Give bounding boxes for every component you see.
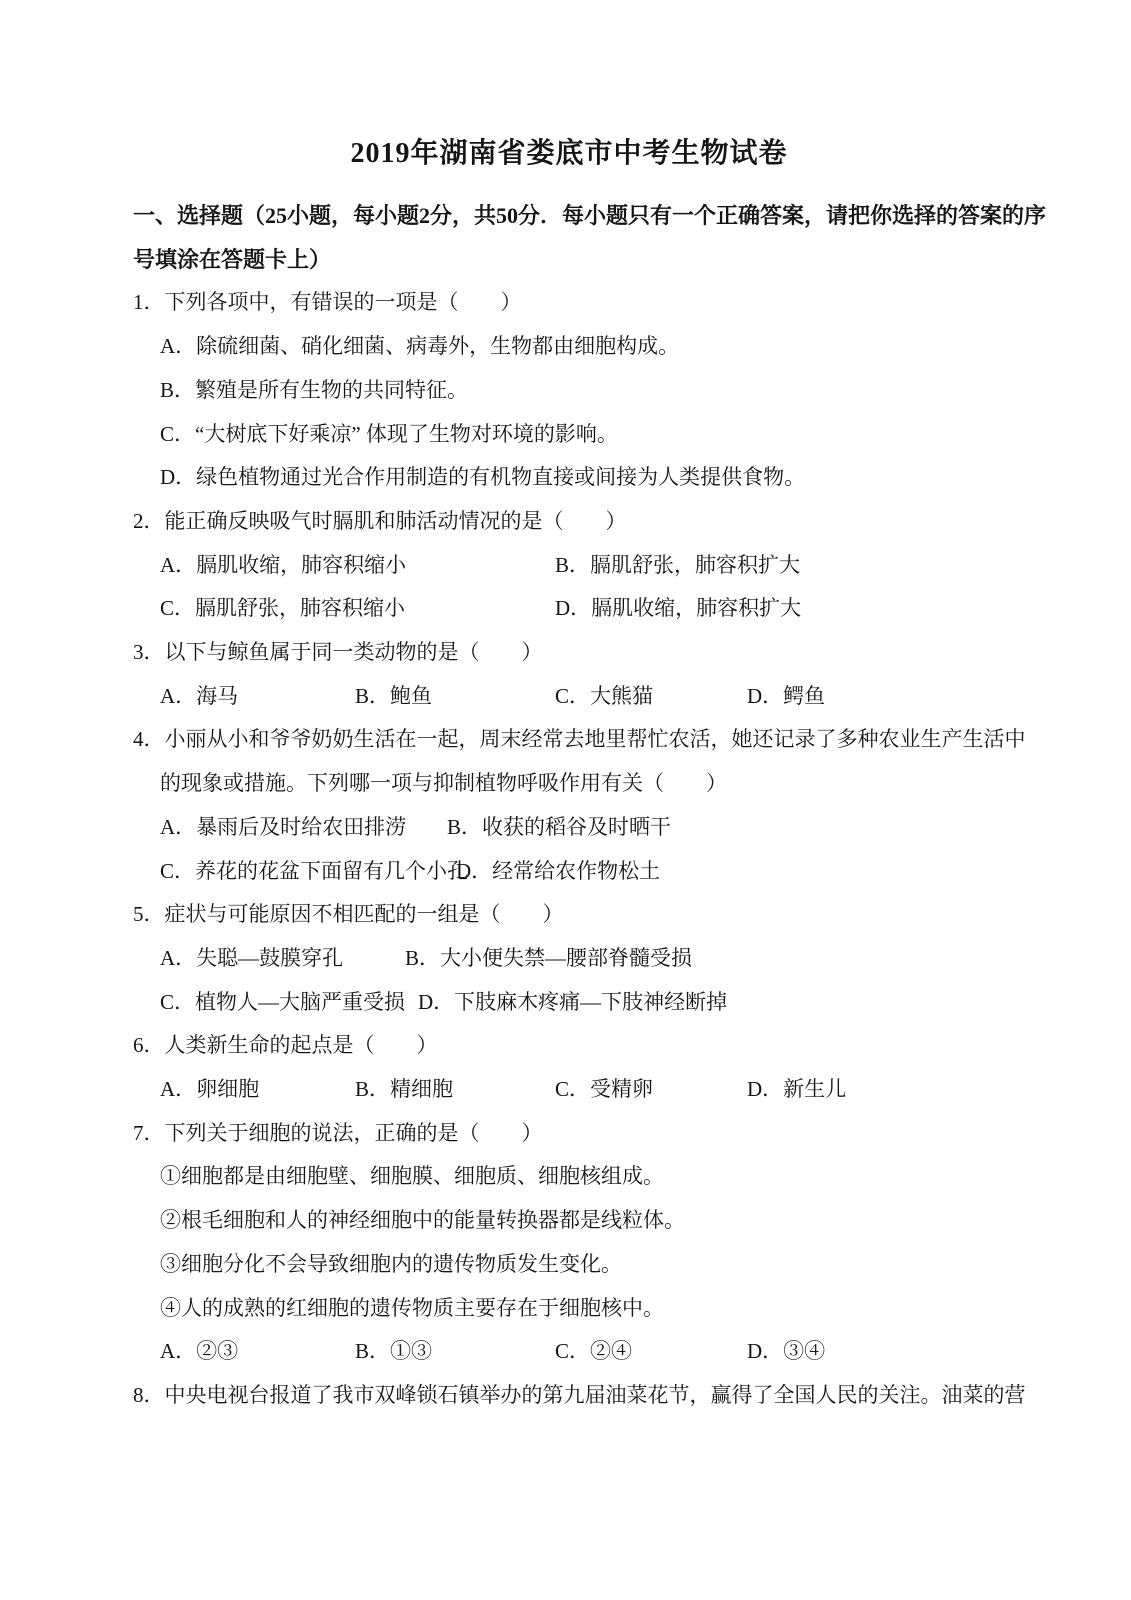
section-heading-line2: 号填涂在答题卡上） — [133, 238, 1005, 282]
question-2-option-b: B．膈肌舒张，肺容积扩大 — [555, 544, 800, 588]
question-3-option-b: B．鲍鱼 — [355, 675, 555, 719]
page-title: 2019年湖南省娄底市中考生物试卷 — [133, 136, 1005, 172]
question-2-options-row1: A．膈肌收缩，肺容积缩小 B．膈肌舒张，肺容积扩大 — [133, 544, 1005, 588]
section-heading: 一、选择题（25小题，每小题2分，共50分．每小题只有一个正确答案，请把你选择的… — [133, 194, 1005, 281]
question-7-statement-1: ①细胞都是由细胞壁、细胞膜、细胞质、细胞核组成。 — [133, 1155, 1005, 1199]
question-7-statement-3: ③细胞分化不会导致细胞内的遗传物质发生变化。 — [133, 1243, 1005, 1287]
question-7-option-d: D．③④ — [747, 1330, 825, 1374]
question-4: 4．小丽从小和爷爷奶奶生活在一起，周末经常去地里帮忙农活，她还记录了多种农业生产… — [133, 718, 1005, 893]
question-3-options-row: A．海马 B．鲍鱼 C．大熊猫 D．鳄鱼 — [133, 675, 1005, 719]
question-7-option-c: C．②④ — [555, 1330, 747, 1374]
question-6-options-row: A．卵细胞 B．精细胞 C．受精卵 D．新生儿 — [133, 1068, 1005, 1112]
question-4-option-a: A．暴雨后及时给农田排涝 — [160, 806, 447, 850]
question-1-option-c: C．“大树底下好乘凉” 体现了生物对环境的影响。 — [133, 413, 1005, 457]
question-5-options-row1: A．失聪—鼓膜穿孔 B．大小便失禁—腰部脊髓受损 — [133, 937, 1005, 981]
question-1-stem: 1．下列各项中，有错误的一项是（ ） — [133, 281, 1005, 325]
question-7-option-a: A．②③ — [160, 1330, 355, 1374]
question-5-option-a: A．失聪—鼓膜穿孔 — [160, 937, 405, 981]
section-heading-line1: 一、选择题（25小题，每小题2分，共50分．每小题只有一个正确答案，请把你选择的… — [133, 194, 1005, 238]
question-6-option-c: C．受精卵 — [555, 1068, 747, 1112]
question-6-stem: 6．人类新生命的起点是（ ） — [133, 1024, 1005, 1068]
exam-paper-page: 2019年湖南省娄底市中考生物试卷 一、选择题（25小题，每小题2分，共50分．… — [0, 0, 1131, 1600]
exam-paper-content: 2019年湖南省娄底市中考生物试卷 一、选择题（25小题，每小题2分，共50分．… — [133, 136, 1005, 1418]
question-3-stem: 3．以下与鲸鱼属于同一类动物的是（ ） — [133, 631, 1005, 675]
question-5-option-d: D．下肢麻木疼痛—下肢神经断掉 — [418, 981, 727, 1025]
question-7-options-row: A．②③ B．①③ C．②④ D．③④ — [133, 1330, 1005, 1374]
question-5-option-b: B．大小便失禁—腰部脊髓受损 — [405, 937, 692, 981]
question-1: 1．下列各项中，有错误的一项是（ ） A．除硫细菌、硝化细菌、病毒外，生物都由细… — [133, 281, 1005, 500]
question-6: 6．人类新生命的起点是（ ） A．卵细胞 B．精细胞 C．受精卵 D．新生儿 — [133, 1024, 1005, 1111]
question-2-options-row2: C．膈肌舒张，肺容积缩小 D．膈肌收缩，肺容积扩大 — [133, 587, 1005, 631]
question-4-option-d: D．经常给农作物松土 — [456, 850, 660, 894]
question-3-option-d: D．鳄鱼 — [747, 675, 825, 719]
question-4-option-c: C．养花的花盆下面留有几个小孔 — [160, 850, 456, 894]
question-4-stem-line2: 的现象或措施。下列哪一项与抑制植物呼吸作用有关（ ） — [133, 762, 1005, 806]
question-1-option-a: A．除硫细菌、硝化细菌、病毒外，生物都由细胞构成。 — [133, 325, 1005, 369]
question-8-stem: 8．中央电视台报道了我市双峰锁石镇举办的第九届油菜花节，赢得了全国人民的关注。油… — [133, 1374, 1005, 1418]
question-7: 7．下列关于细胞的说法，正确的是（ ） ①细胞都是由细胞壁、细胞膜、细胞质、细胞… — [133, 1112, 1005, 1374]
question-2: 2．能正确反映吸气时膈肌和肺活动情况的是（ ） A．膈肌收缩，肺容积缩小 B．膈… — [133, 500, 1005, 631]
question-4-options-row1: A．暴雨后及时给农田排涝 B．收获的稻谷及时晒干 — [133, 806, 1005, 850]
question-1-option-b: B．繁殖是所有生物的共同特征。 — [133, 369, 1005, 413]
question-3-option-c: C．大熊猫 — [555, 675, 747, 719]
question-4-option-b: B．收获的稻谷及时晒干 — [447, 806, 671, 850]
question-8: 8．中央电视台报道了我市双峰锁石镇举办的第九届油菜花节，赢得了全国人民的关注。油… — [133, 1374, 1005, 1418]
question-6-option-d: D．新生儿 — [747, 1068, 846, 1112]
question-4-options-row2: C．养花的花盆下面留有几个小孔 D．经常给农作物松土 — [133, 850, 1005, 894]
question-5: 5．症状与可能原因不相匹配的一组是（ ） A．失聪—鼓膜穿孔 B．大小便失禁—腰… — [133, 893, 1005, 1024]
question-4-stem-line1: 4．小丽从小和爷爷奶奶生活在一起，周末经常去地里帮忙农活，她还记录了多种农业生产… — [133, 718, 1005, 762]
question-7-option-b: B．①③ — [355, 1330, 555, 1374]
question-2-option-a: A．膈肌收缩，肺容积缩小 — [160, 544, 555, 588]
question-7-statement-2: ②根毛细胞和人的神经细胞中的能量转换器都是线粒体。 — [133, 1199, 1005, 1243]
question-5-stem: 5．症状与可能原因不相匹配的一组是（ ） — [133, 893, 1005, 937]
question-2-option-d: D．膈肌收缩，肺容积扩大 — [555, 587, 801, 631]
question-2-option-c: C．膈肌舒张，肺容积缩小 — [160, 587, 555, 631]
question-3-option-a: A．海马 — [160, 675, 355, 719]
question-6-option-a: A．卵细胞 — [160, 1068, 355, 1112]
question-1-option-d: D．绿色植物通过光合作用制造的有机物直接或间接为人类提供食物。 — [133, 456, 1005, 500]
question-7-stem: 7．下列关于细胞的说法，正确的是（ ） — [133, 1112, 1005, 1156]
question-5-option-c: C．植物人—大脑严重受损 — [160, 981, 418, 1025]
question-6-option-b: B．精细胞 — [355, 1068, 555, 1112]
question-5-options-row2: C．植物人—大脑严重受损 D．下肢麻木疼痛—下肢神经断掉 — [133, 981, 1005, 1025]
question-2-stem: 2．能正确反映吸气时膈肌和肺活动情况的是（ ） — [133, 500, 1005, 544]
question-7-statement-4: ④人的成熟的红细胞的遗传物质主要存在于细胞核中。 — [133, 1287, 1005, 1331]
question-3: 3．以下与鲸鱼属于同一类动物的是（ ） A．海马 B．鲍鱼 C．大熊猫 D．鳄鱼 — [133, 631, 1005, 718]
